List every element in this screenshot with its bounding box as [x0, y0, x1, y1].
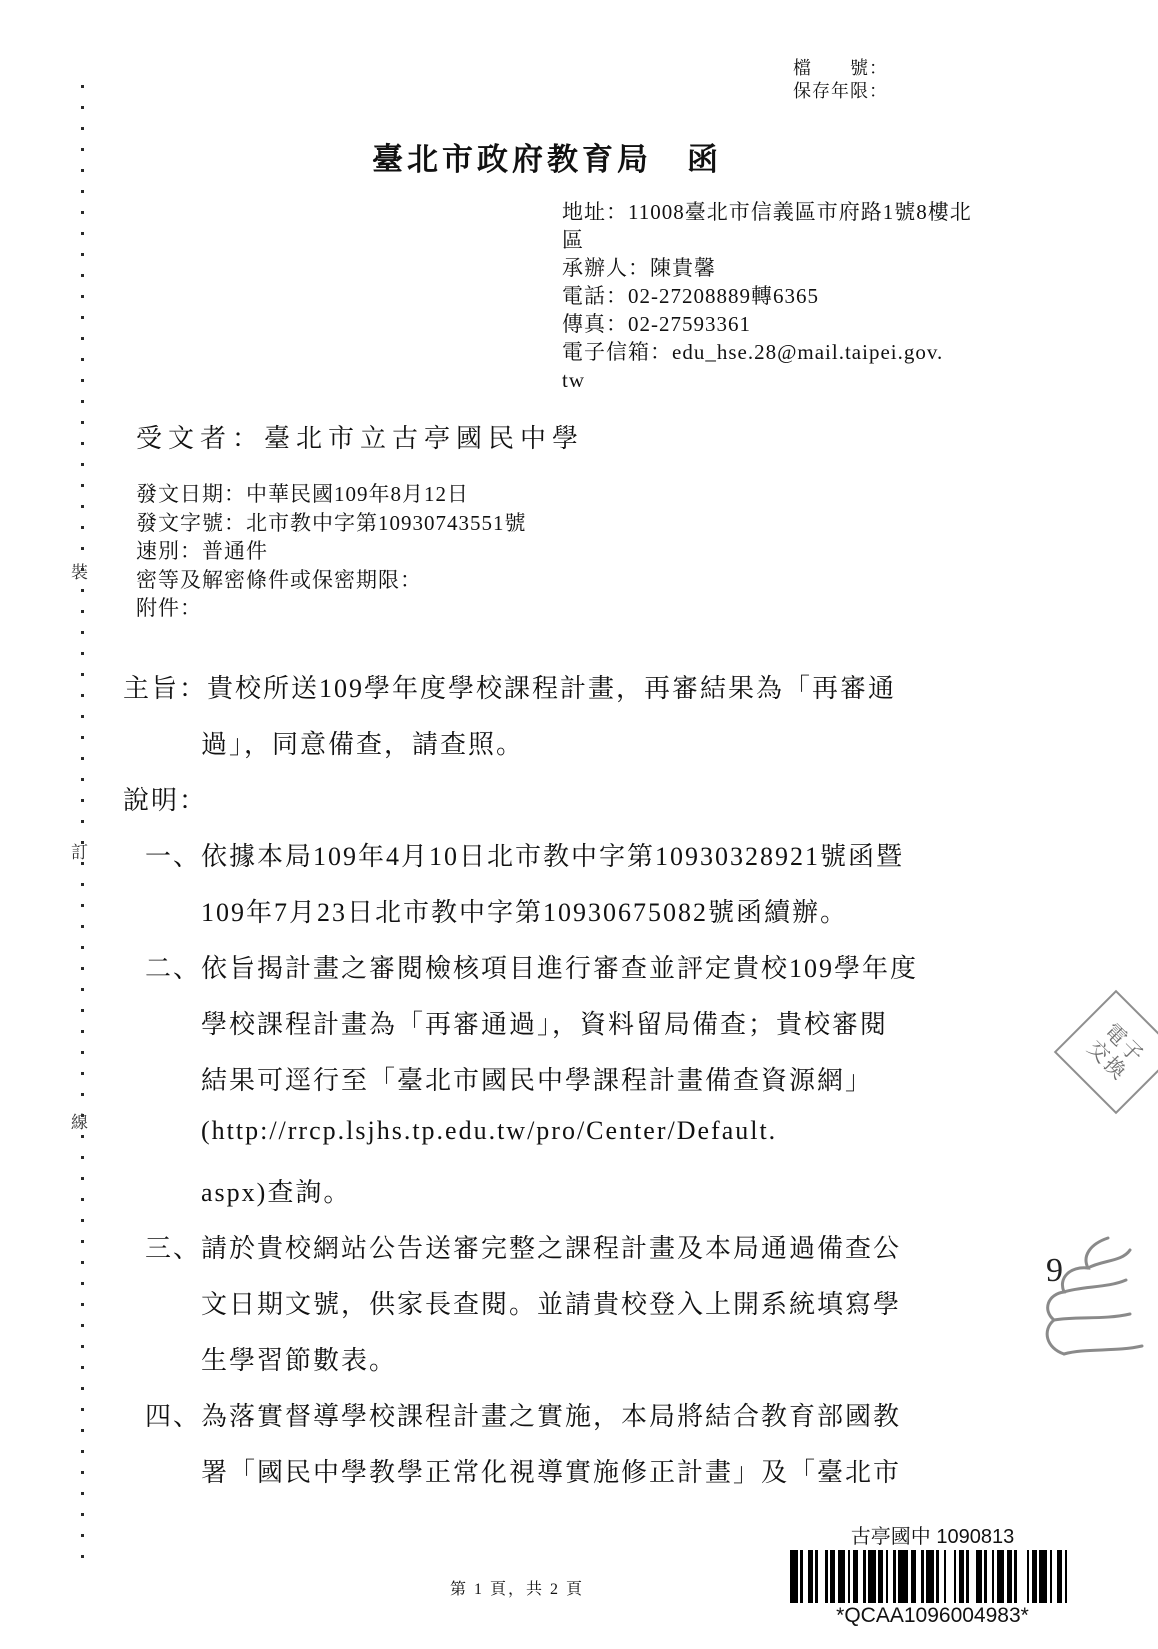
- subject-label: 主旨：: [123, 668, 207, 705]
- item2-line5: aspx)查詢。: [201, 1172, 351, 1209]
- explanation-label: 說明：: [123, 780, 207, 817]
- item3-line1: 三、請於貴校網站公告送審完整之課程計畫及本局通過備查公: [145, 1228, 901, 1265]
- binding-dotted-line: [81, 85, 84, 1563]
- item1-number: 一、: [145, 842, 201, 871]
- recipient-line: 受文者：臺北市立古亭國民中學: [136, 418, 584, 455]
- sender-address-line1: 地址：11008臺北市信義區市府路1號8樓北: [562, 198, 972, 226]
- file-number-label: 檔 號：: [793, 57, 888, 80]
- official-letter-page: 檔 號： 保存年限： 臺北市政府教育局 函 地址：11008臺北市信義區市府路1…: [0, 0, 1158, 1649]
- item3-number: 三、: [145, 1234, 201, 1263]
- speed-class: 速別：普通件: [136, 537, 527, 566]
- sender-email-line1: 電子信箱：edu_hse.28@mail.taipei.gov.: [562, 338, 972, 366]
- binding-mark-ding: 訂: [71, 838, 88, 863]
- item1-line1: 一、依據本局109年4月10日北市教中字第10930328921號函暨: [145, 836, 904, 873]
- retention-period-label: 保存年限：: [793, 80, 888, 103]
- item1-line2: 109年7月23日北市教中字第10930675082號函續辦。: [201, 892, 848, 929]
- dispatch-meta-block: 發文日期：中華民國109年8月12日 發文字號：北市教中字第1093074355…: [136, 480, 527, 623]
- binding-mark-zhuang: 裝: [71, 558, 88, 583]
- seal-digit: 9: [1046, 1252, 1063, 1290]
- sender-email-line2: tw: [562, 366, 972, 394]
- barcode-code-text: *QCAA1096004983*: [790, 1604, 1075, 1628]
- item3-line3: 生學習節數表。: [201, 1340, 397, 1377]
- sender-phone: 電話：02-27208889轉6365: [562, 282, 972, 310]
- sender-contact-person: 承辦人：陳貴馨: [562, 254, 972, 282]
- subject-line2: 過」，同意備查，請查照。: [201, 724, 524, 761]
- item2-line3: 結果可逕行至「臺北市國民中學課程計畫備查資源網」: [201, 1060, 873, 1097]
- item2-line2: 學校課程計畫為「再審通過」，資料留局備查；貴校審閱: [201, 1004, 888, 1041]
- item4-number: 四、: [145, 1402, 201, 1431]
- attachment-label: 附件：: [136, 594, 527, 623]
- sender-contact-block: 地址：11008臺北市信義區市府路1號8樓北 區 承辦人：陳貴馨 電話：02-2…: [562, 198, 972, 394]
- file-number-block: 檔 號： 保存年限：: [793, 57, 888, 103]
- item2-number: 二、: [145, 954, 201, 983]
- barcode-bars: [790, 1550, 1075, 1603]
- binding-mark-xian: 線: [71, 1108, 88, 1133]
- sender-fax: 傳真：02-27593361: [562, 310, 972, 338]
- item2-line1: 二、依旨揭計畫之審閱檢核項目進行審查並評定貴校109學年度: [145, 948, 918, 985]
- item4-line1: 四、為落實督導學校課程計畫之實施，本局將結合教育部國教: [145, 1396, 901, 1433]
- item4-line2: 署「國民中學教學正常化視導實施修正計畫」及「臺北市: [201, 1452, 901, 1489]
- sender-address-line2: 區: [562, 226, 972, 254]
- dispatch-date: 發文日期：中華民國109年8月12日: [136, 480, 527, 509]
- barcode-school-label: 古亭國中 1090813: [790, 1520, 1075, 1549]
- dispatch-number: 發文字號：北市教中字第10930743551號: [136, 509, 527, 538]
- electronic-exchange-stamp-text: 電子交換: [1081, 1017, 1152, 1088]
- page-number-info: 第 1 頁，共 2 頁: [450, 1576, 584, 1599]
- item3-line2: 文日期文號，供家長查閱。並請貴校登入上開系統填寫學: [201, 1284, 901, 1321]
- subject-text-1: 貴校所送109學年度學校課程計畫，再審結果為「再審通: [207, 674, 896, 703]
- document-title: 臺北市政府教育局 函: [372, 134, 722, 179]
- security-class: 密等及解密條件或保密期限：: [136, 566, 527, 595]
- subject-line1: 主旨：貴校所送109學年度學校課程計畫，再審結果為「再審通: [123, 668, 896, 705]
- item2-line4-url: (http://rrcp.lsjhs.tp.edu.tw/pro/Center/…: [201, 1116, 777, 1146]
- electronic-exchange-stamp: 電子交換: [1054, 990, 1158, 1114]
